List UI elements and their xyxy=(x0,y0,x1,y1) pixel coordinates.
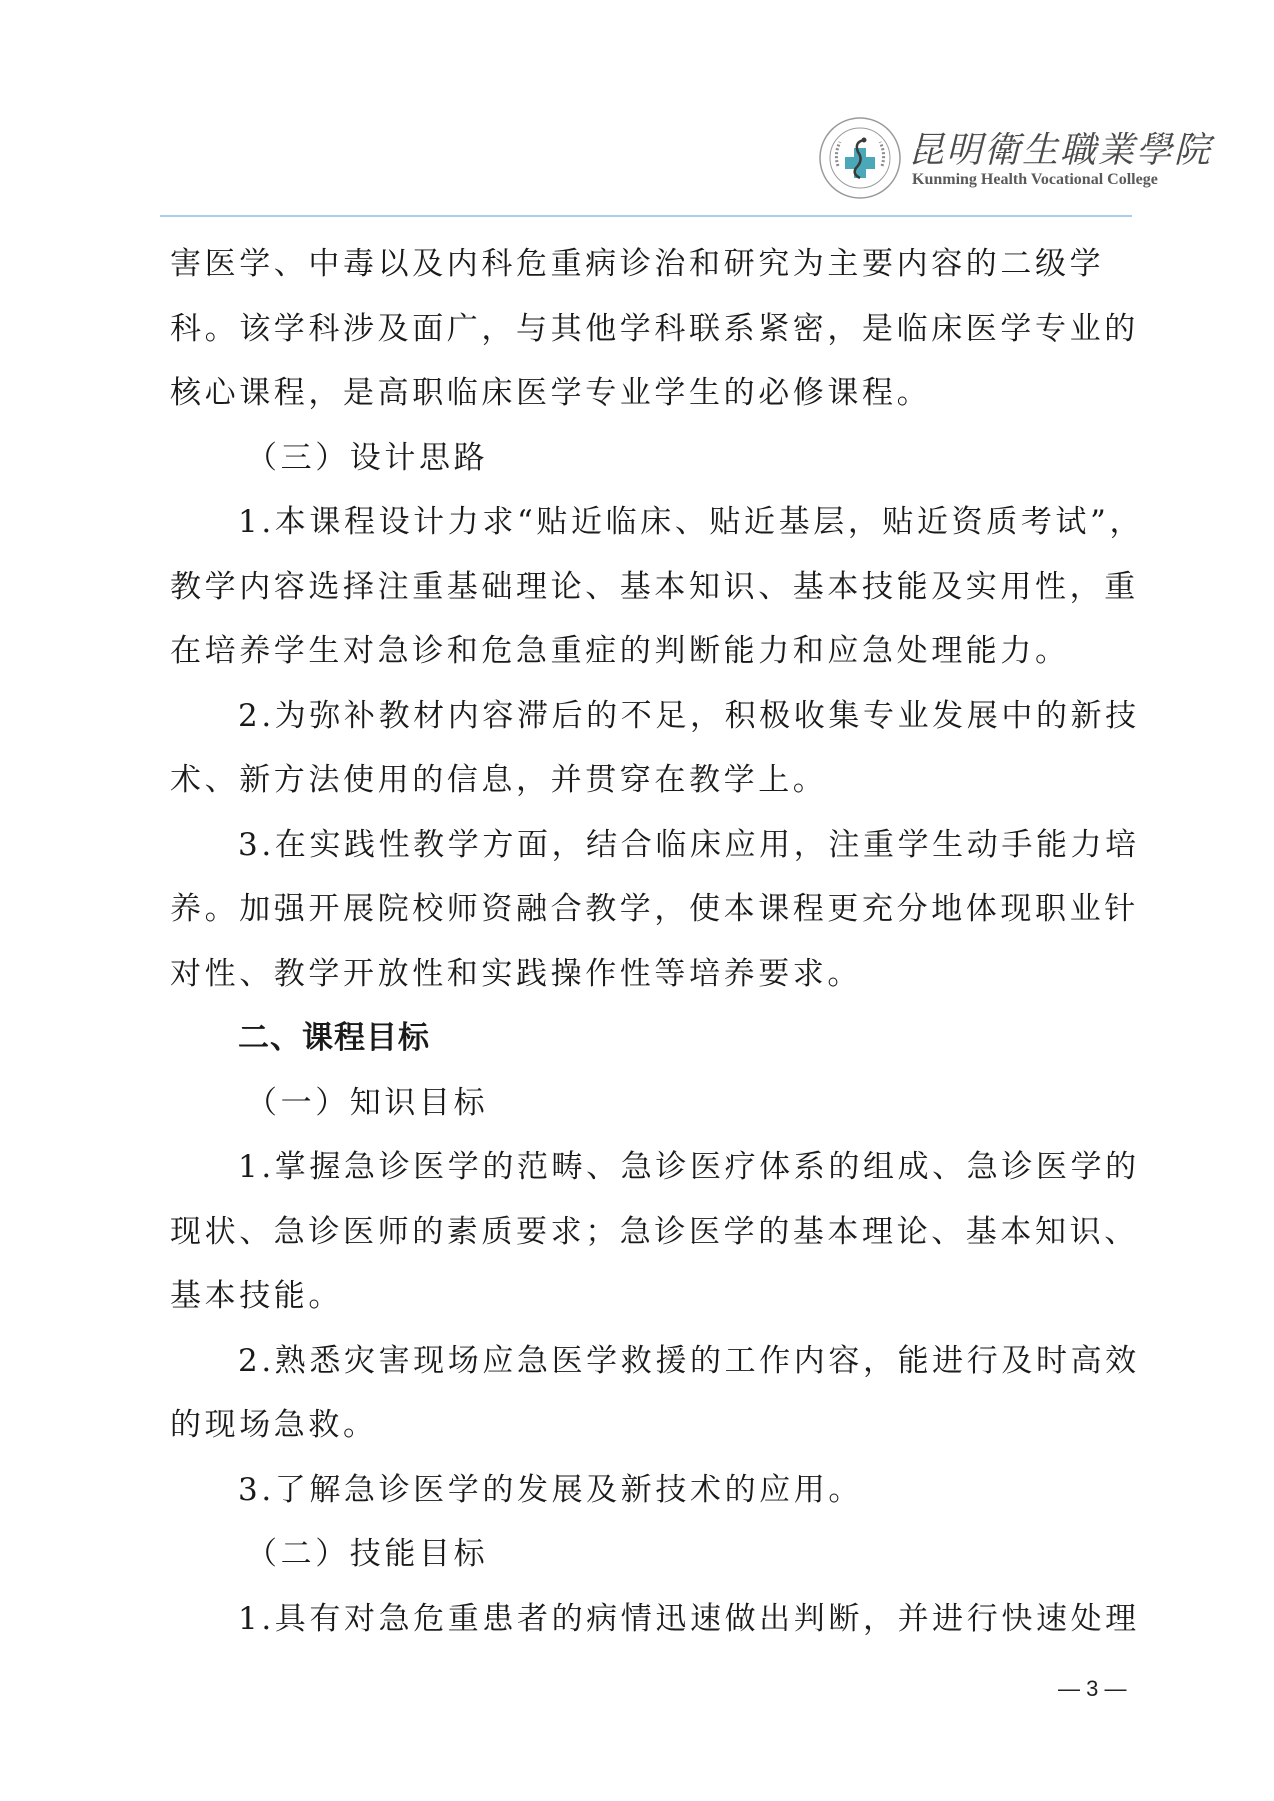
paragraph-line: 1.具有对急危重患者的病情迅速做出判断，并进行快速处理 xyxy=(170,1587,1120,1652)
subsection-heading-design-ideas: （三）设计思路 xyxy=(170,426,1120,491)
paragraph-line: 3.在实践性教学方面，结合临床应用，注重学生动手能力培 xyxy=(170,813,1120,878)
header-divider xyxy=(160,215,1132,217)
paragraph-line: 1.掌握急诊医学的范畴、急诊医疗体系的组成、急诊医学的 xyxy=(170,1135,1120,1200)
paragraph-line: 2.为弥补教材内容滞后的不足，积极收集专业发展中的新技 xyxy=(170,684,1120,749)
paragraph-line: 养。加强开展院校师资融合教学，使本课程更充分地体现职业针 xyxy=(170,877,1120,942)
paragraph-line: 现状、急诊医师的素质要求；急诊医学的基本理论、基本知识、 xyxy=(170,1200,1120,1265)
college-name-chinese: 昆明衛生職業學院 xyxy=(908,122,1212,173)
paragraph-line: 在培养学生对急诊和危急重症的判断能力和应急处理能力。 xyxy=(170,619,1120,684)
page-number: — 3 — xyxy=(1058,1676,1126,1702)
paragraph-line: 教学内容选择注重基础理论、基本知识、基本技能及实用性，重 xyxy=(170,555,1120,620)
paragraph-line: 1.本课程设计力求“贴近临床、贴近基层，贴近资质考试”， xyxy=(170,490,1120,555)
paragraph-line: 对性、教学开放性和实践操作性等培养要求。 xyxy=(170,942,1120,1007)
subsection-heading-skill-objectives: （二）技能目标 xyxy=(170,1522,1120,1587)
paragraph-line: 科。该学科涉及面广，与其他学科联系紧密，是临床医学专业的 xyxy=(170,297,1120,362)
paragraph-line: 术、新方法使用的信息，并贯穿在教学上。 xyxy=(170,748,1120,813)
paragraph-line: 基本技能。 xyxy=(170,1264,1120,1329)
paragraph-line: 害医学、中毒以及内科危重病诊治和研究为主要内容的二级学 xyxy=(170,232,1120,297)
subsection-heading-knowledge-objectives: （一）知识目标 xyxy=(170,1071,1120,1136)
paragraph-line: 3.了解急诊医学的发展及新技术的应用。 xyxy=(170,1458,1120,1523)
paragraph-line: 2.熟悉灾害现场应急医学救援的工作内容，能进行及时高效 xyxy=(170,1329,1120,1394)
page-header: 昆明衛生職業學院 Kunming Health Vocational Colle… xyxy=(0,0,1274,220)
paragraph-line: 的现场急救。 xyxy=(170,1393,1120,1458)
college-emblem-icon xyxy=(818,116,902,200)
section-heading-course-objectives: 二、课程目标 xyxy=(170,1006,1120,1071)
paragraph-line: 核心课程，是高职临床医学专业学生的必修课程。 xyxy=(170,361,1120,426)
college-name-english: Kunming Health Vocational College xyxy=(912,171,1158,189)
document-body: 害医学、中毒以及内科危重病诊治和研究为主要内容的二级学 科。该学科涉及面广，与其… xyxy=(170,232,1120,1651)
